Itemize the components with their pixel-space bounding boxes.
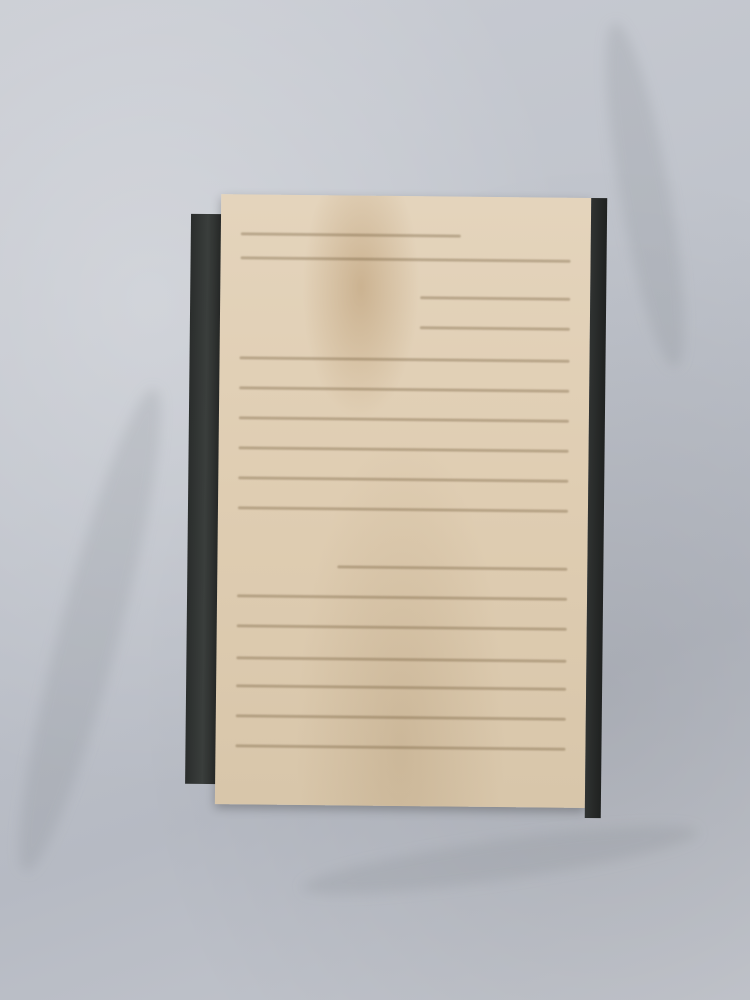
faded-text-line	[239, 386, 569, 392]
faded-text-line	[236, 656, 566, 662]
faded-text-line	[241, 232, 461, 237]
faded-text-line	[235, 744, 565, 750]
faded-text-line	[239, 416, 569, 422]
faded-text-line	[241, 256, 571, 262]
blanket-fold	[299, 812, 701, 907]
faded-text-line	[237, 624, 567, 630]
faded-text-line	[236, 714, 566, 720]
faded-text-line	[240, 356, 570, 362]
faded-text-line	[236, 684, 566, 690]
faded-text-line	[239, 446, 569, 452]
faded-text-line	[337, 565, 567, 570]
book-page	[215, 194, 591, 808]
faded-text-line	[420, 326, 570, 331]
faded-text-line	[238, 506, 568, 512]
faded-text-line	[420, 296, 570, 301]
blanket-fold	[0, 381, 184, 879]
faded-text-line	[238, 476, 568, 482]
faded-text-line	[237, 594, 567, 600]
book	[185, 194, 611, 818]
